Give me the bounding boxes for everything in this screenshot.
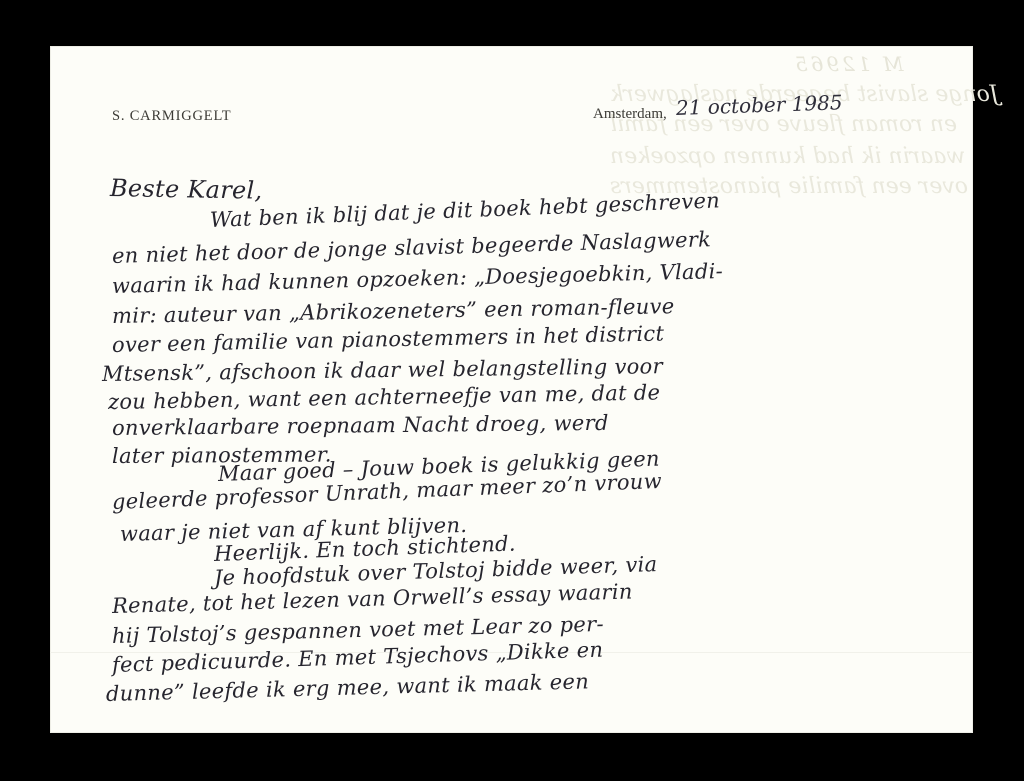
letter-line: zou hebben, want een achterneefje van me… — [108, 380, 661, 414]
letterhead-sender: S. CARMIGGELT — [112, 108, 231, 125]
letter-page: M 12965 Jonge slavist begeerde naslagwer… — [50, 46, 973, 733]
letter-line: onverklaarbare roepnaam Nacht droeg, wer… — [112, 411, 609, 440]
letter-line: Wat ben ik blij dat je dit boek hebt ges… — [210, 188, 721, 232]
archive-mark-bleedthrough: M 12965 — [792, 52, 903, 76]
letterhead-place: Amsterdam, — [593, 106, 667, 123]
bleedthrough-text: waarin ik had kunnen opzoeken — [610, 144, 965, 169]
salutation: Beste Karel, — [110, 174, 263, 205]
handwritten-date: 21 october 1985 — [676, 90, 843, 120]
letter-line: over een familie van pianostemmers in he… — [112, 321, 665, 357]
